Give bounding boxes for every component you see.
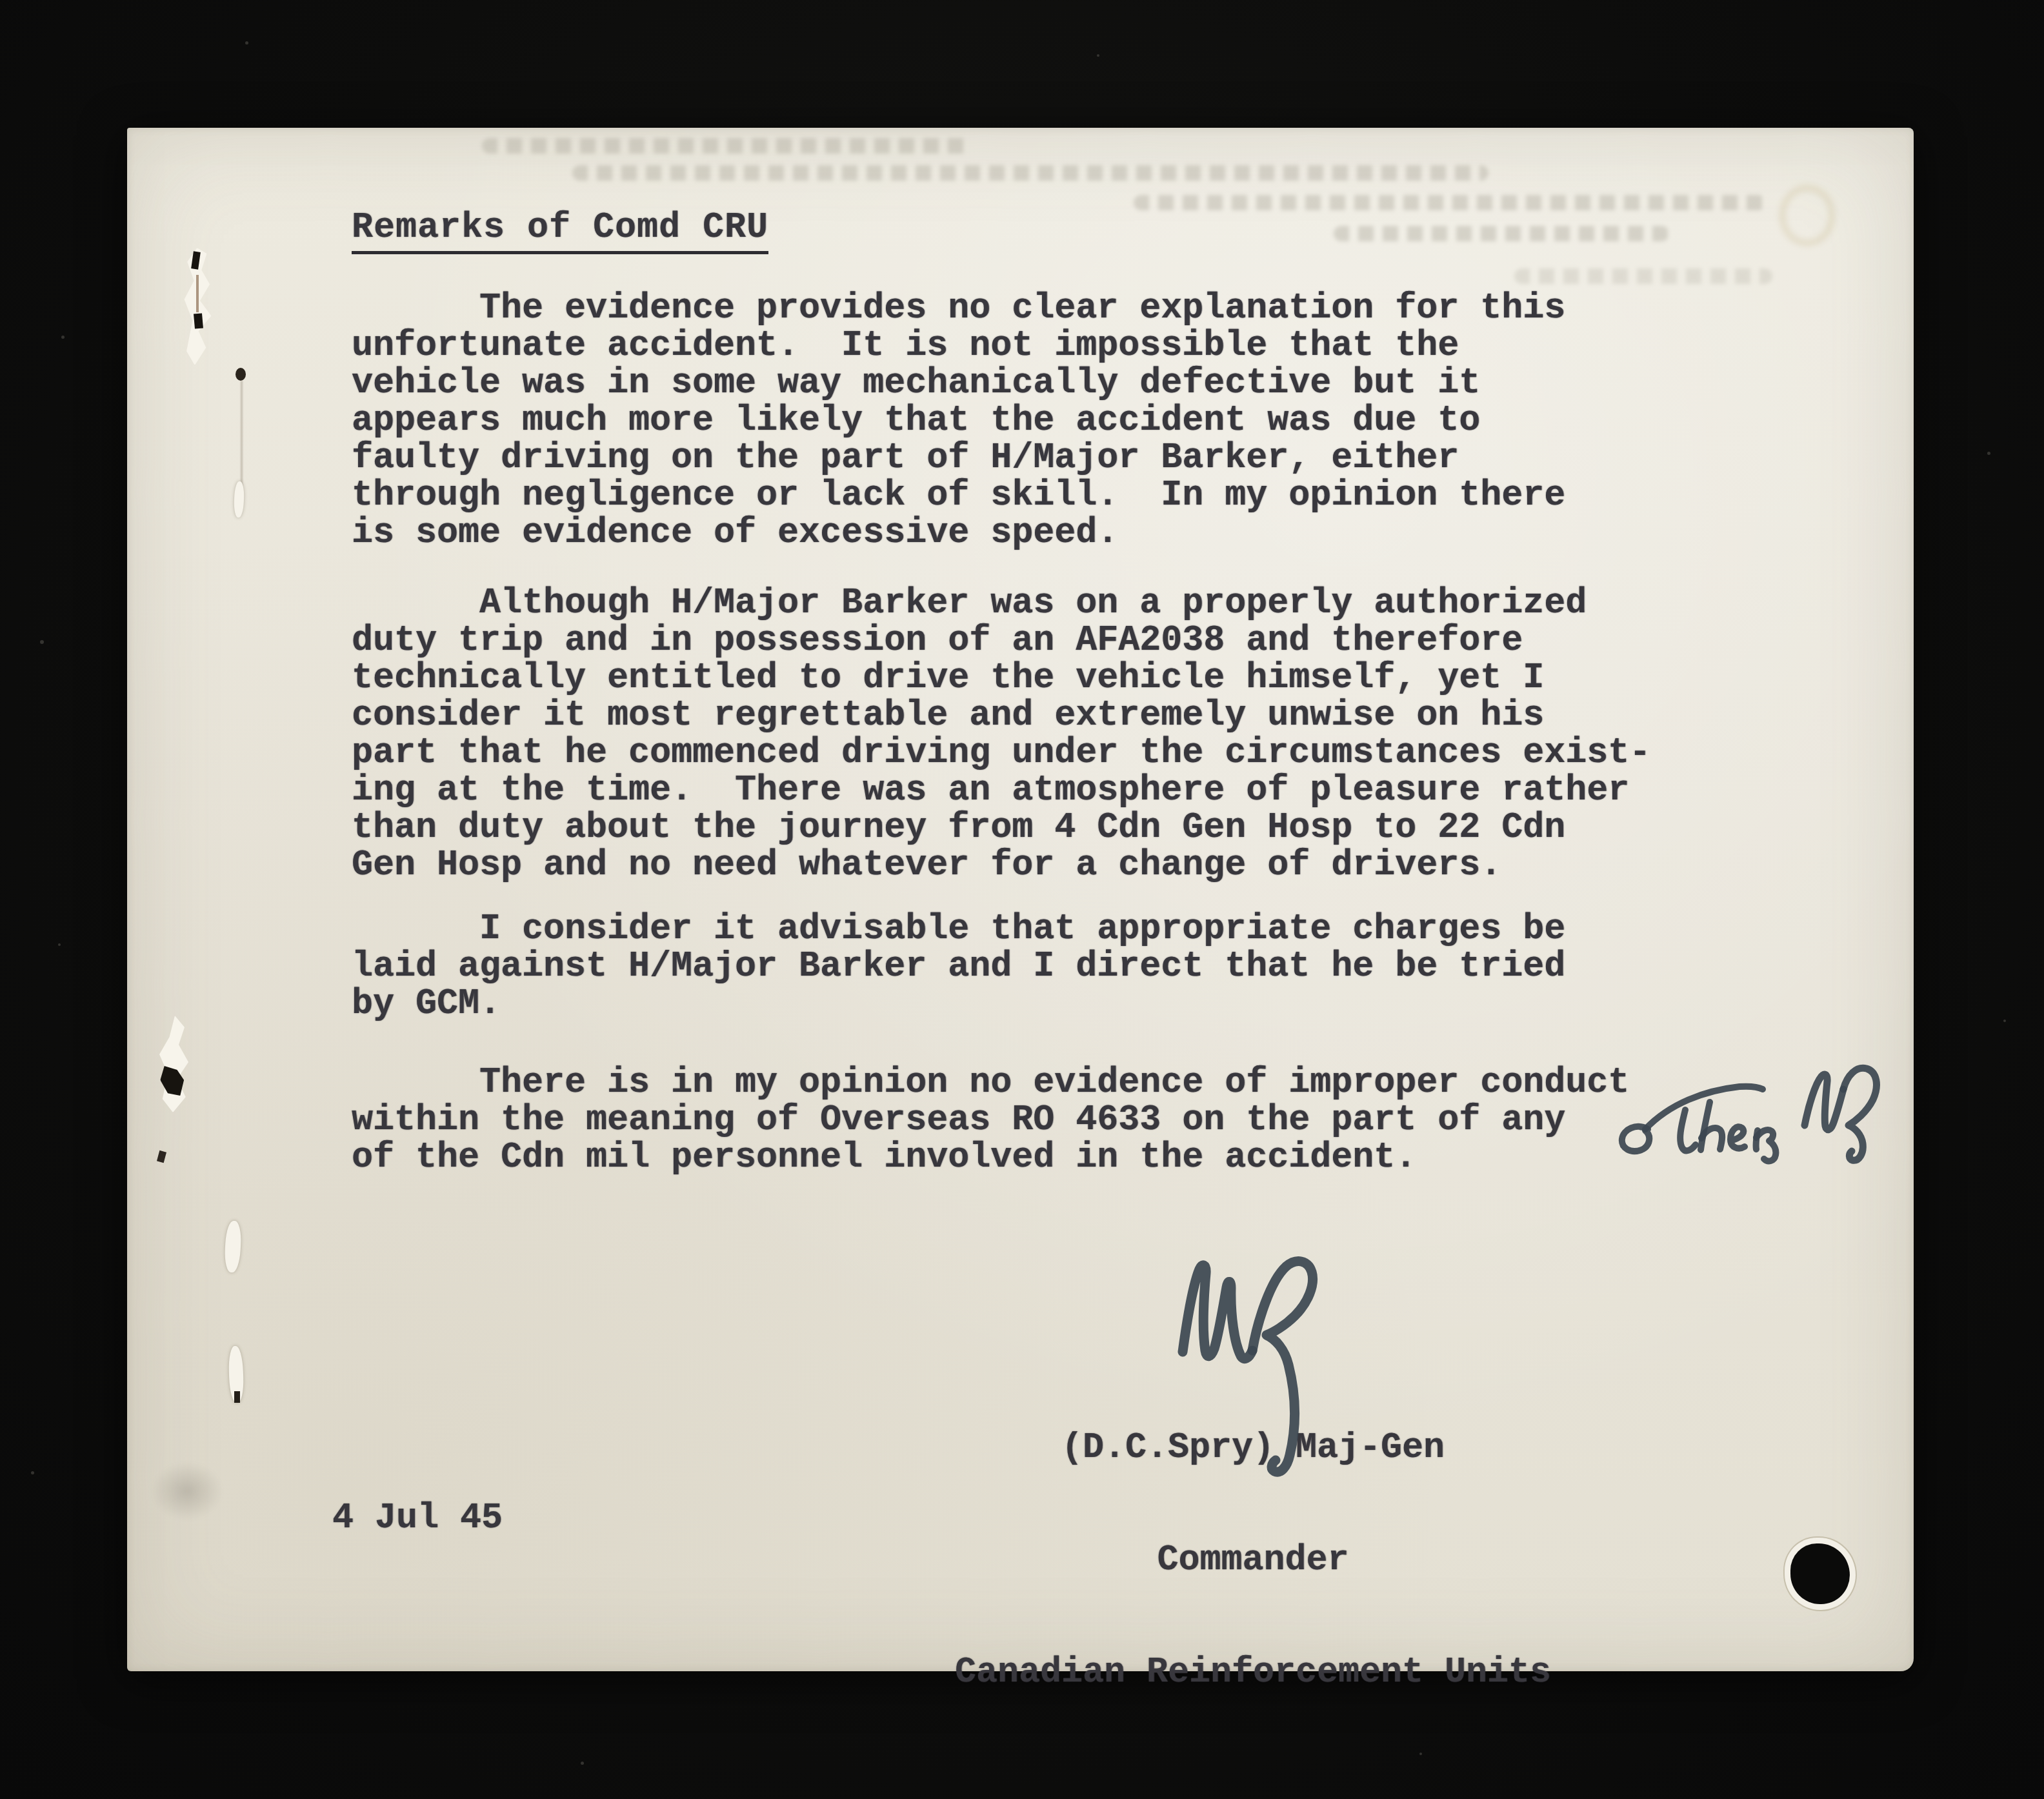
- show-through-ghost-text: [1134, 195, 1766, 210]
- paper-smudge: [152, 1462, 223, 1520]
- date-line: 4 Jul 45: [332, 1500, 503, 1537]
- dust-speck: [58, 943, 61, 946]
- paragraph-2: Although H/Major Barker was on a properl…: [352, 585, 1650, 884]
- show-through-ghost-text: [1334, 226, 1669, 241]
- dust-speck: [40, 640, 44, 644]
- staple-mark: [194, 313, 203, 328]
- handwritten-initials: [1796, 1063, 1892, 1167]
- signatory-title-line: Commander: [740, 1542, 1766, 1579]
- punch-hole: [1790, 1543, 1850, 1604]
- show-through-ghost-text: [1514, 268, 1772, 284]
- paper-stain: [1779, 185, 1836, 246]
- dust-speck: [581, 1762, 584, 1765]
- paper-tear: [181, 248, 219, 365]
- staple-mark: [234, 1391, 240, 1403]
- document-heading: Remarks of Comd CRU: [352, 209, 768, 254]
- dust-speck: [245, 41, 248, 45]
- dust-speck: [1987, 452, 1990, 455]
- paragraph-1: The evidence provides no clear explanati…: [352, 290, 1565, 552]
- dust-speck: [61, 336, 65, 339]
- paper-tear: [155, 1016, 194, 1112]
- document-paper: Remarks of Comd CRU The evidence provide…: [127, 128, 1914, 1671]
- rust-streak: [196, 275, 199, 312]
- signature-scrawl: [1159, 1254, 1334, 1483]
- paper-crease: [241, 381, 243, 490]
- show-through-ghost-text: [482, 138, 972, 154]
- paragraph-3: I consider it advisable that appropriate…: [352, 910, 1565, 1023]
- signatory-unit-line: Canadian Reinforcement Units: [740, 1654, 1766, 1691]
- paper-tear: [234, 481, 245, 518]
- pen-tick: [157, 1151, 166, 1163]
- paragraph-4: There is in my opinion no evidence of im…: [352, 1064, 1629, 1176]
- paper-tear: [224, 1220, 242, 1272]
- scanned-document-photo: { "document": { "heading": "Remarks of C…: [0, 0, 2044, 1799]
- dust-speck: [1097, 54, 1099, 57]
- staple-hole: [235, 368, 246, 381]
- dust-speck: [2003, 1020, 2006, 1022]
- show-through-ghost-text: [572, 165, 1488, 181]
- dust-speck: [31, 1471, 34, 1474]
